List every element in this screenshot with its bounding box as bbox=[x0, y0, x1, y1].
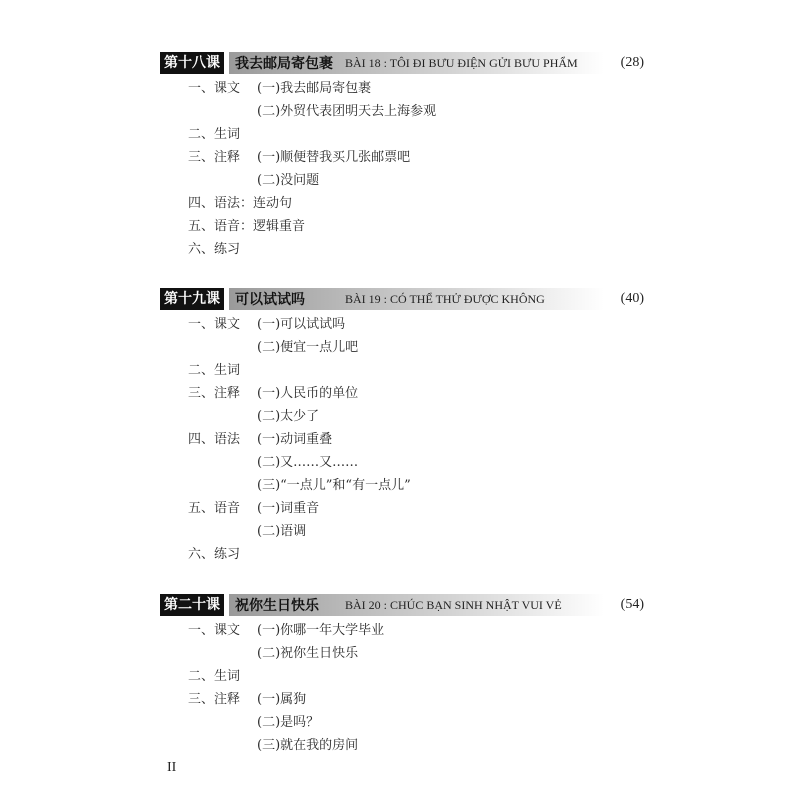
toc-row: (三)就在我的房间 bbox=[160, 734, 650, 757]
sub-item: (二)便宜一点儿吧 bbox=[257, 336, 358, 359]
lesson-title-cn: 祝你生日快乐 bbox=[229, 595, 319, 615]
sub-item: (三)就在我的房间 bbox=[257, 734, 358, 757]
lesson-banner[interactable]: 第二十课 祝你生日快乐 BÀI 20 : CHÚC BẠN SINH NHẬT … bbox=[160, 594, 650, 616]
lesson-banner[interactable]: 第十九课 可以试试吗 BÀI 19 : CÓ THỂ THỬ ĐƯỢC KHÔN… bbox=[160, 288, 650, 310]
sub-item: (一)属狗 bbox=[257, 688, 306, 711]
sub-item: (二)语调 bbox=[257, 520, 306, 543]
toc-row: 三、注释 (一)顺便替我买几张邮票吧 bbox=[160, 146, 650, 169]
lesson-page-ref[interactable]: (54) bbox=[621, 597, 644, 613]
toc-row: (二)祝你生日快乐 bbox=[160, 642, 650, 665]
toc-row: 四、语法 (一)动词重叠 bbox=[160, 428, 650, 451]
section-label: 五、语音 bbox=[188, 497, 240, 520]
lesson-block: 第二十课 祝你生日快乐 BÀI 20 : CHÚC BẠN SINH NHẬT … bbox=[160, 594, 650, 757]
toc-row: 三、注释 (一)属狗 bbox=[160, 688, 650, 711]
toc-row: 二、生词 bbox=[160, 359, 650, 382]
section-label: 六、练习 bbox=[188, 238, 240, 261]
section-label: 一、课文 bbox=[188, 77, 240, 100]
toc-row: (二)没问题 bbox=[160, 169, 650, 192]
toc-row: 五、语音 (一)词重音 bbox=[160, 497, 650, 520]
section-label: 五、语音：逻辑重音 bbox=[188, 215, 305, 238]
toc-row: 二、生词 bbox=[160, 665, 650, 688]
sub-item: (一)可以试试吗 bbox=[257, 313, 345, 336]
section-label: 六、练习 bbox=[188, 543, 240, 566]
section-label: 二、生词 bbox=[188, 359, 240, 382]
section-label: 三、注释 bbox=[188, 146, 240, 169]
toc-row: (三)“一点儿”和“有一点儿” bbox=[160, 474, 650, 497]
section-label: 四、语法 bbox=[188, 428, 240, 451]
toc-row: (二)外贸代表团明天去上海参观 bbox=[160, 100, 650, 123]
section-label: 四、语法：连动句 bbox=[188, 192, 292, 215]
lesson-number: 第十九课 bbox=[160, 288, 224, 310]
lesson-number: 第二十课 bbox=[160, 594, 224, 616]
toc-row: 六、练习 bbox=[160, 238, 650, 261]
toc-row: (二)太少了 bbox=[160, 405, 650, 428]
toc-row: 一、课文 (一)可以试试吗 bbox=[160, 313, 650, 336]
lesson-block: 第十八课 我去邮局寄包裹 BÀI 18 : TÔI ĐI BƯU ĐIỆN GỬ… bbox=[160, 52, 650, 261]
lesson-title-cn: 可以试试吗 bbox=[229, 289, 305, 309]
lesson-page-ref[interactable]: (28) bbox=[621, 55, 644, 71]
lesson-title-cn: 我去邮局寄包裹 bbox=[229, 53, 333, 73]
toc-row: 五、语音：逻辑重音 bbox=[160, 215, 650, 238]
sub-item: (二)太少了 bbox=[257, 405, 319, 428]
toc-row: 三、注释 (一)人民币的单位 bbox=[160, 382, 650, 405]
toc-row: (二)语调 bbox=[160, 520, 650, 543]
section-label: 三、注释 bbox=[188, 382, 240, 405]
toc-row: 一、课文 (一)你哪一年大学毕业 bbox=[160, 619, 650, 642]
sub-item: (三)“一点儿”和“有一点儿” bbox=[257, 474, 411, 497]
toc-row: (二)又……又…… bbox=[160, 451, 650, 474]
sub-item: (二)又……又…… bbox=[257, 451, 358, 474]
sub-item: (一)顺便替我买几张邮票吧 bbox=[257, 146, 410, 169]
section-label: 一、课文 bbox=[188, 619, 240, 642]
sub-item: (一)我去邮局寄包裹 bbox=[257, 77, 371, 100]
lesson-number: 第十八课 bbox=[160, 52, 224, 74]
sub-item: (二)是吗？ bbox=[257, 711, 319, 734]
toc-row: 四、语法：连动句 bbox=[160, 192, 650, 215]
toc-row: (二)是吗？ bbox=[160, 711, 650, 734]
toc-row: 一、课文 (一)我去邮局寄包裹 bbox=[160, 77, 650, 100]
sub-item: (一)动词重叠 bbox=[257, 428, 332, 451]
section-label: 二、生词 bbox=[188, 123, 240, 146]
lesson-block: 第十九课 可以试试吗 BÀI 19 : CÓ THỂ THỬ ĐƯỢC KHÔN… bbox=[160, 288, 650, 566]
section-label: 三、注释 bbox=[188, 688, 240, 711]
section-label: 二、生词 bbox=[188, 665, 240, 688]
lesson-banner[interactable]: 第十八课 我去邮局寄包裹 BÀI 18 : TÔI ĐI BƯU ĐIỆN GỬ… bbox=[160, 52, 650, 74]
lesson-title-vi: BÀI 18 : TÔI ĐI BƯU ĐIỆN GỬI BƯU PHẨM bbox=[345, 56, 578, 71]
sub-item: (一)你哪一年大学毕业 bbox=[257, 619, 384, 642]
toc-row: 六、练习 bbox=[160, 543, 650, 566]
lesson-title-vi: BÀI 20 : CHÚC BẠN SINH NHẬT VUI VẺ bbox=[345, 598, 562, 613]
sub-item: (二)外贸代表团明天去上海参观 bbox=[257, 100, 436, 123]
sub-item: (二)没问题 bbox=[257, 169, 319, 192]
sub-item: (二)祝你生日快乐 bbox=[257, 642, 358, 665]
toc-row: 二、生词 bbox=[160, 123, 650, 146]
lesson-title-vi: BÀI 19 : CÓ THỂ THỬ ĐƯỢC KHÔNG bbox=[345, 292, 545, 307]
lesson-page-ref[interactable]: (40) bbox=[621, 291, 644, 307]
toc-row: (二)便宜一点儿吧 bbox=[160, 336, 650, 359]
section-label: 一、课文 bbox=[188, 313, 240, 336]
sub-item: (一)人民币的单位 bbox=[257, 382, 358, 405]
page-number: II bbox=[167, 760, 176, 776]
sub-item: (一)词重音 bbox=[257, 497, 319, 520]
